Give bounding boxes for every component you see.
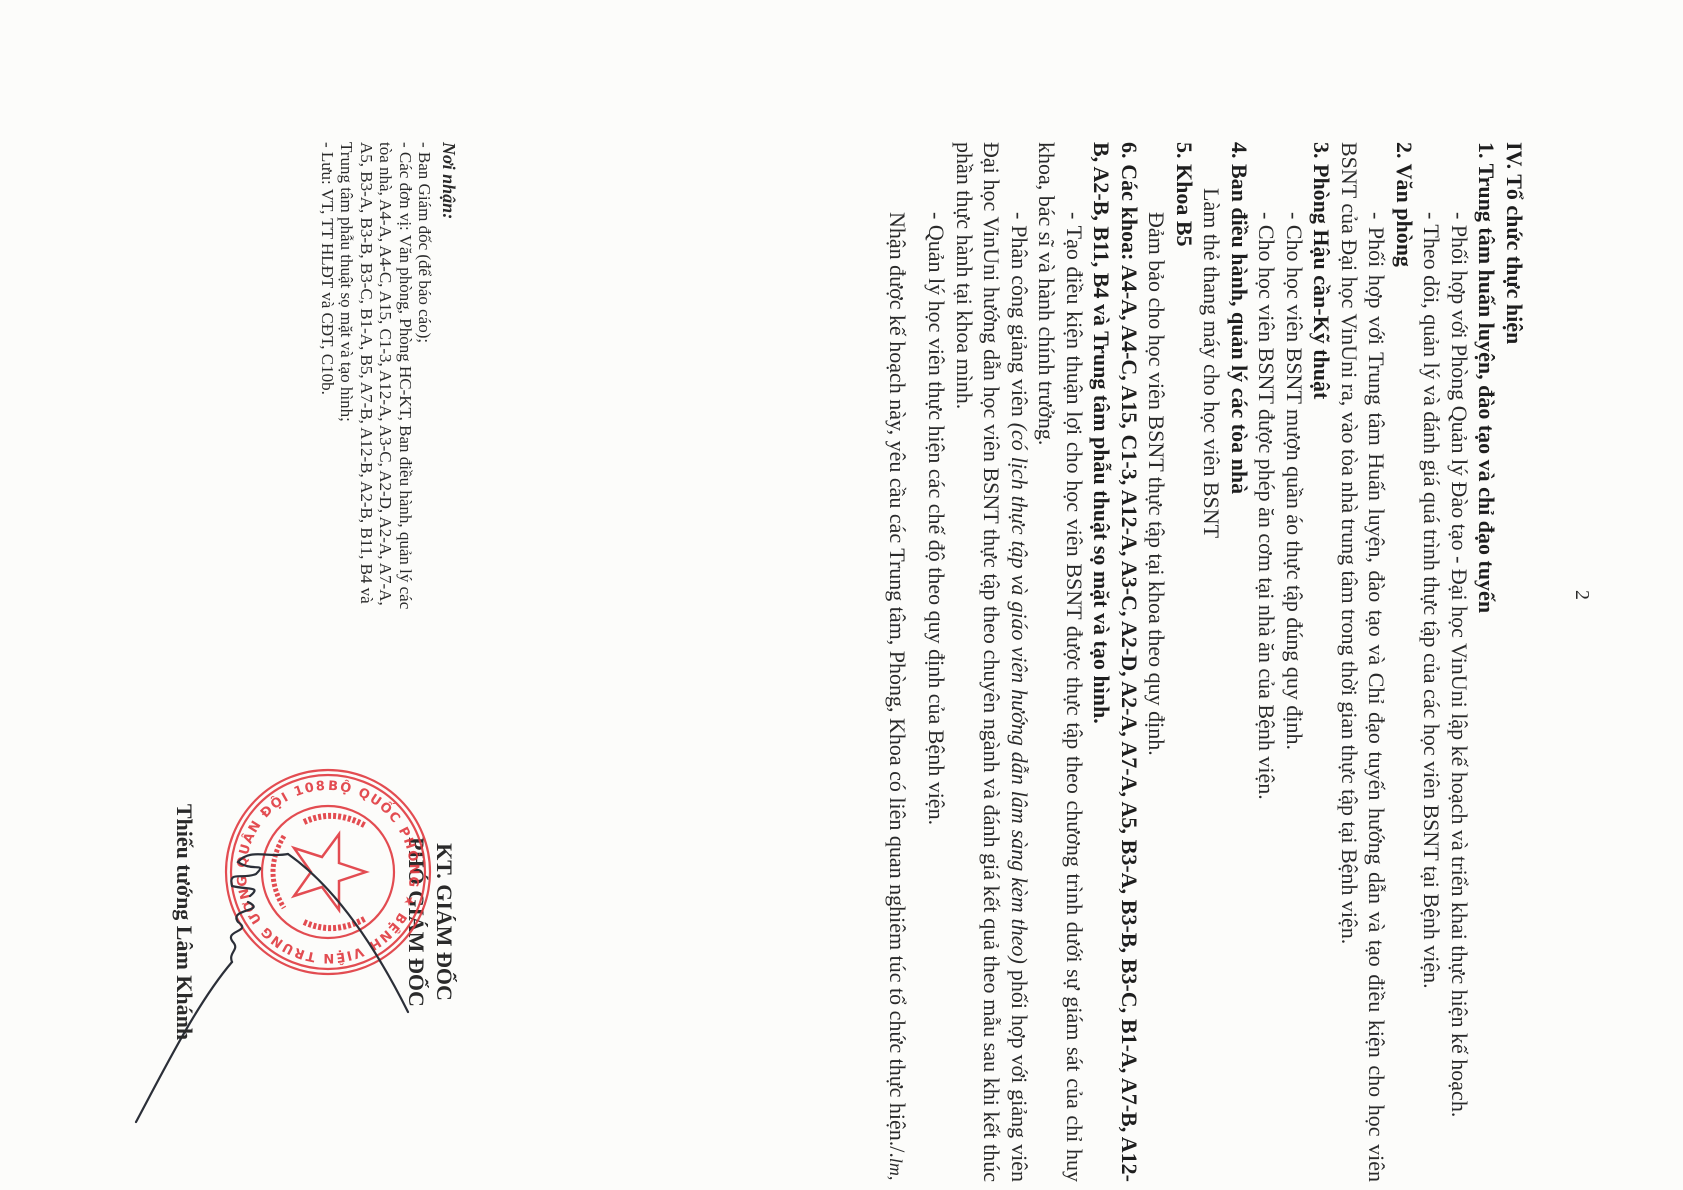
footer-block: Nơi nhận: - Ban Giám đốc (để báo cáo); -…: [38, 142, 458, 1182]
paragraph: Làm thẻ thang máy cho học viên BSNT: [1198, 142, 1226, 1182]
paragraph: - Theo dõi, quản lý và đánh giá quá trìn…: [1418, 142, 1446, 1182]
paragraph: - Tạo điều kiện thuận lợi cho học viên B…: [1033, 142, 1088, 1182]
recipients-list: Nơi nhận: - Ban Giám đốc (để báo cáo); -…: [318, 142, 459, 612]
paragraph: - Cho học viên BSNT được phép ăn cơm tại…: [1253, 142, 1281, 1182]
signer-name: Thiếu tướng Lâm Khánh: [171, 702, 199, 1142]
document-body: IV. Tổ chức thực hiện 1. Trung tâm huấn …: [882, 142, 1529, 1182]
closing-text: Nhận được kế hoạch này, yêu cầu các Trun…: [885, 212, 910, 1158]
recipient-item: - Các đơn vị: Văn phòng, Phòng HC-KT, Ba…: [337, 142, 415, 612]
heading-departments: 6. Các khoa: A4-A, A4-C, A15, C1-3, A12-…: [1088, 142, 1143, 1182]
paragraph: - Phối hợp với Phòng Quản lý Đào tạo - Đ…: [1446, 142, 1474, 1182]
paragraph-text: - Phân công giảng viên: [1007, 212, 1032, 423]
recipient-item: - Lưu: VT, TT HLĐT và CĐT, C10b.: [318, 142, 338, 612]
paragraph: - Quản lý học viên thực hiện các chế độ …: [923, 142, 951, 1182]
paragraph-italic-note: (có lịch thực tập và giáo viên hướng dẫn…: [1007, 423, 1032, 964]
heading-building-management: 4. Ban điều hành, quản lý các tòa nhà: [1226, 142, 1254, 1182]
heading-department-b5: 5. Khoa B5: [1171, 142, 1199, 1182]
heading-logistics: 3. Phòng Hậu cần-Kỹ thuật: [1308, 142, 1336, 1182]
closing-paragraph: Nhận được kế hoạch này, yêu cầu các Trun…: [882, 142, 912, 1182]
document-page: 2 IV. Tổ chức thực hiện 1. Trung tâm huấ…: [0, 0, 1683, 1190]
paragraph: - Phối hợp với Trung tâm Huấn luyện, đào…: [1336, 142, 1391, 1182]
closing-initials: lm,: [886, 1158, 906, 1181]
paragraph: - Phân công giảng viên (có lịch thực tập…: [951, 142, 1034, 1182]
page-number: 2: [1568, 0, 1596, 1190]
recipients-title: Nơi nhận:: [439, 142, 459, 612]
heading-training-center: 1. Trung tâm huấn luyện, đào tạo và chỉ …: [1473, 142, 1501, 1182]
signature-block: KT. GIÁM ĐỐC PHÓ GIÁM ĐỐC BỘ QUỐC PHÒNG …: [402, 702, 458, 1142]
paragraph: Đảm bảo cho học viên BSNT thực tập tại k…: [1143, 142, 1171, 1182]
paragraph: - Cho học viên BSNT mượn quần áo thực tậ…: [1281, 142, 1309, 1182]
recipient-item: - Ban Giám đốc (để báo cáo);: [415, 142, 435, 612]
section-title: IV. Tổ chức thực hiện: [1501, 142, 1529, 1182]
heading-office: 2. Văn phòng: [1391, 142, 1419, 1182]
signature-title-1: KT. GIÁM ĐỐC: [430, 702, 458, 1142]
